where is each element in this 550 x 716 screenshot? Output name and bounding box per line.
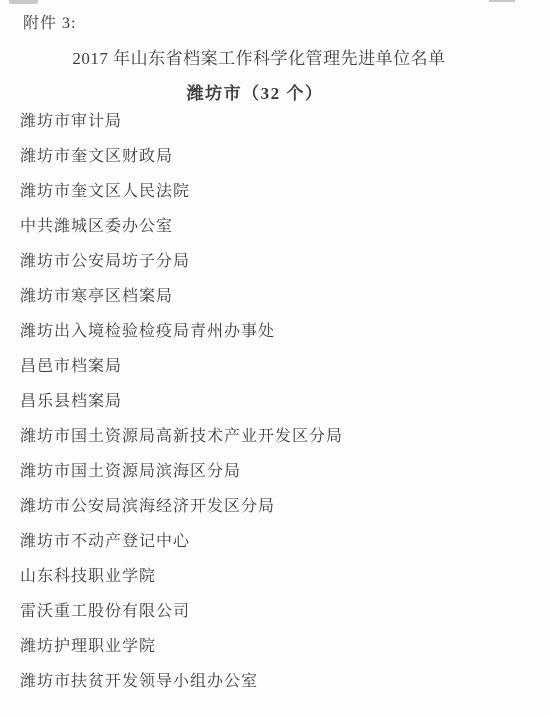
cropped-ui-fragment-right	[489, 0, 515, 2]
list-item: 潍坊市审计局	[20, 112, 550, 147]
list-item: 昌邑市档案局	[20, 357, 550, 392]
cropped-ui-fragment-left	[9, 0, 38, 4]
list-item: 潍坊市寒亭区档案局	[20, 287, 550, 322]
list-item: 潍坊市奎文区人民法院	[20, 182, 550, 217]
list-item: 山东科技职业学院	[20, 567, 550, 602]
list-item: 中共潍城区委办公室	[20, 217, 550, 252]
list-item: 潍坊市公安局坊子分局	[20, 252, 550, 287]
document-title: 2017 年山东省档案工作科学化管理先进单位名单	[0, 44, 518, 69]
list-item: 潍坊出入境检验检疫局青州办事处	[20, 322, 550, 357]
document-page: 附件 3: 2017 年山东省档案工作科学化管理先进单位名单 潍坊市（32 个）…	[0, 0, 550, 716]
unit-list: 潍坊市审计局潍坊市奎文区财政局潍坊市奎文区人民法院中共潍城区委办公室潍坊市公安局…	[20, 112, 550, 707]
section-heading: 潍坊市（32 个）	[0, 79, 510, 104]
list-item: 潍坊护理职业学院	[20, 637, 550, 672]
list-item: 昌乐县档案局	[20, 392, 550, 427]
list-item: 潍坊市国土资源局滨海区分局	[20, 462, 550, 497]
list-item: 潍坊市国土资源局高新技术产业开发区分局	[20, 427, 550, 462]
list-item: 潍坊市公安局滨海经济开发区分局	[20, 497, 550, 532]
list-item: 潍坊市扶贫开发领导小组办公室	[20, 672, 550, 707]
list-item: 潍坊市不动产登记中心	[20, 532, 550, 567]
list-item: 潍坊市奎文区财政局	[20, 147, 550, 182]
list-item: 雷沃重工股份有限公司	[20, 602, 550, 637]
attachment-label: 附件 3:	[23, 10, 76, 33]
